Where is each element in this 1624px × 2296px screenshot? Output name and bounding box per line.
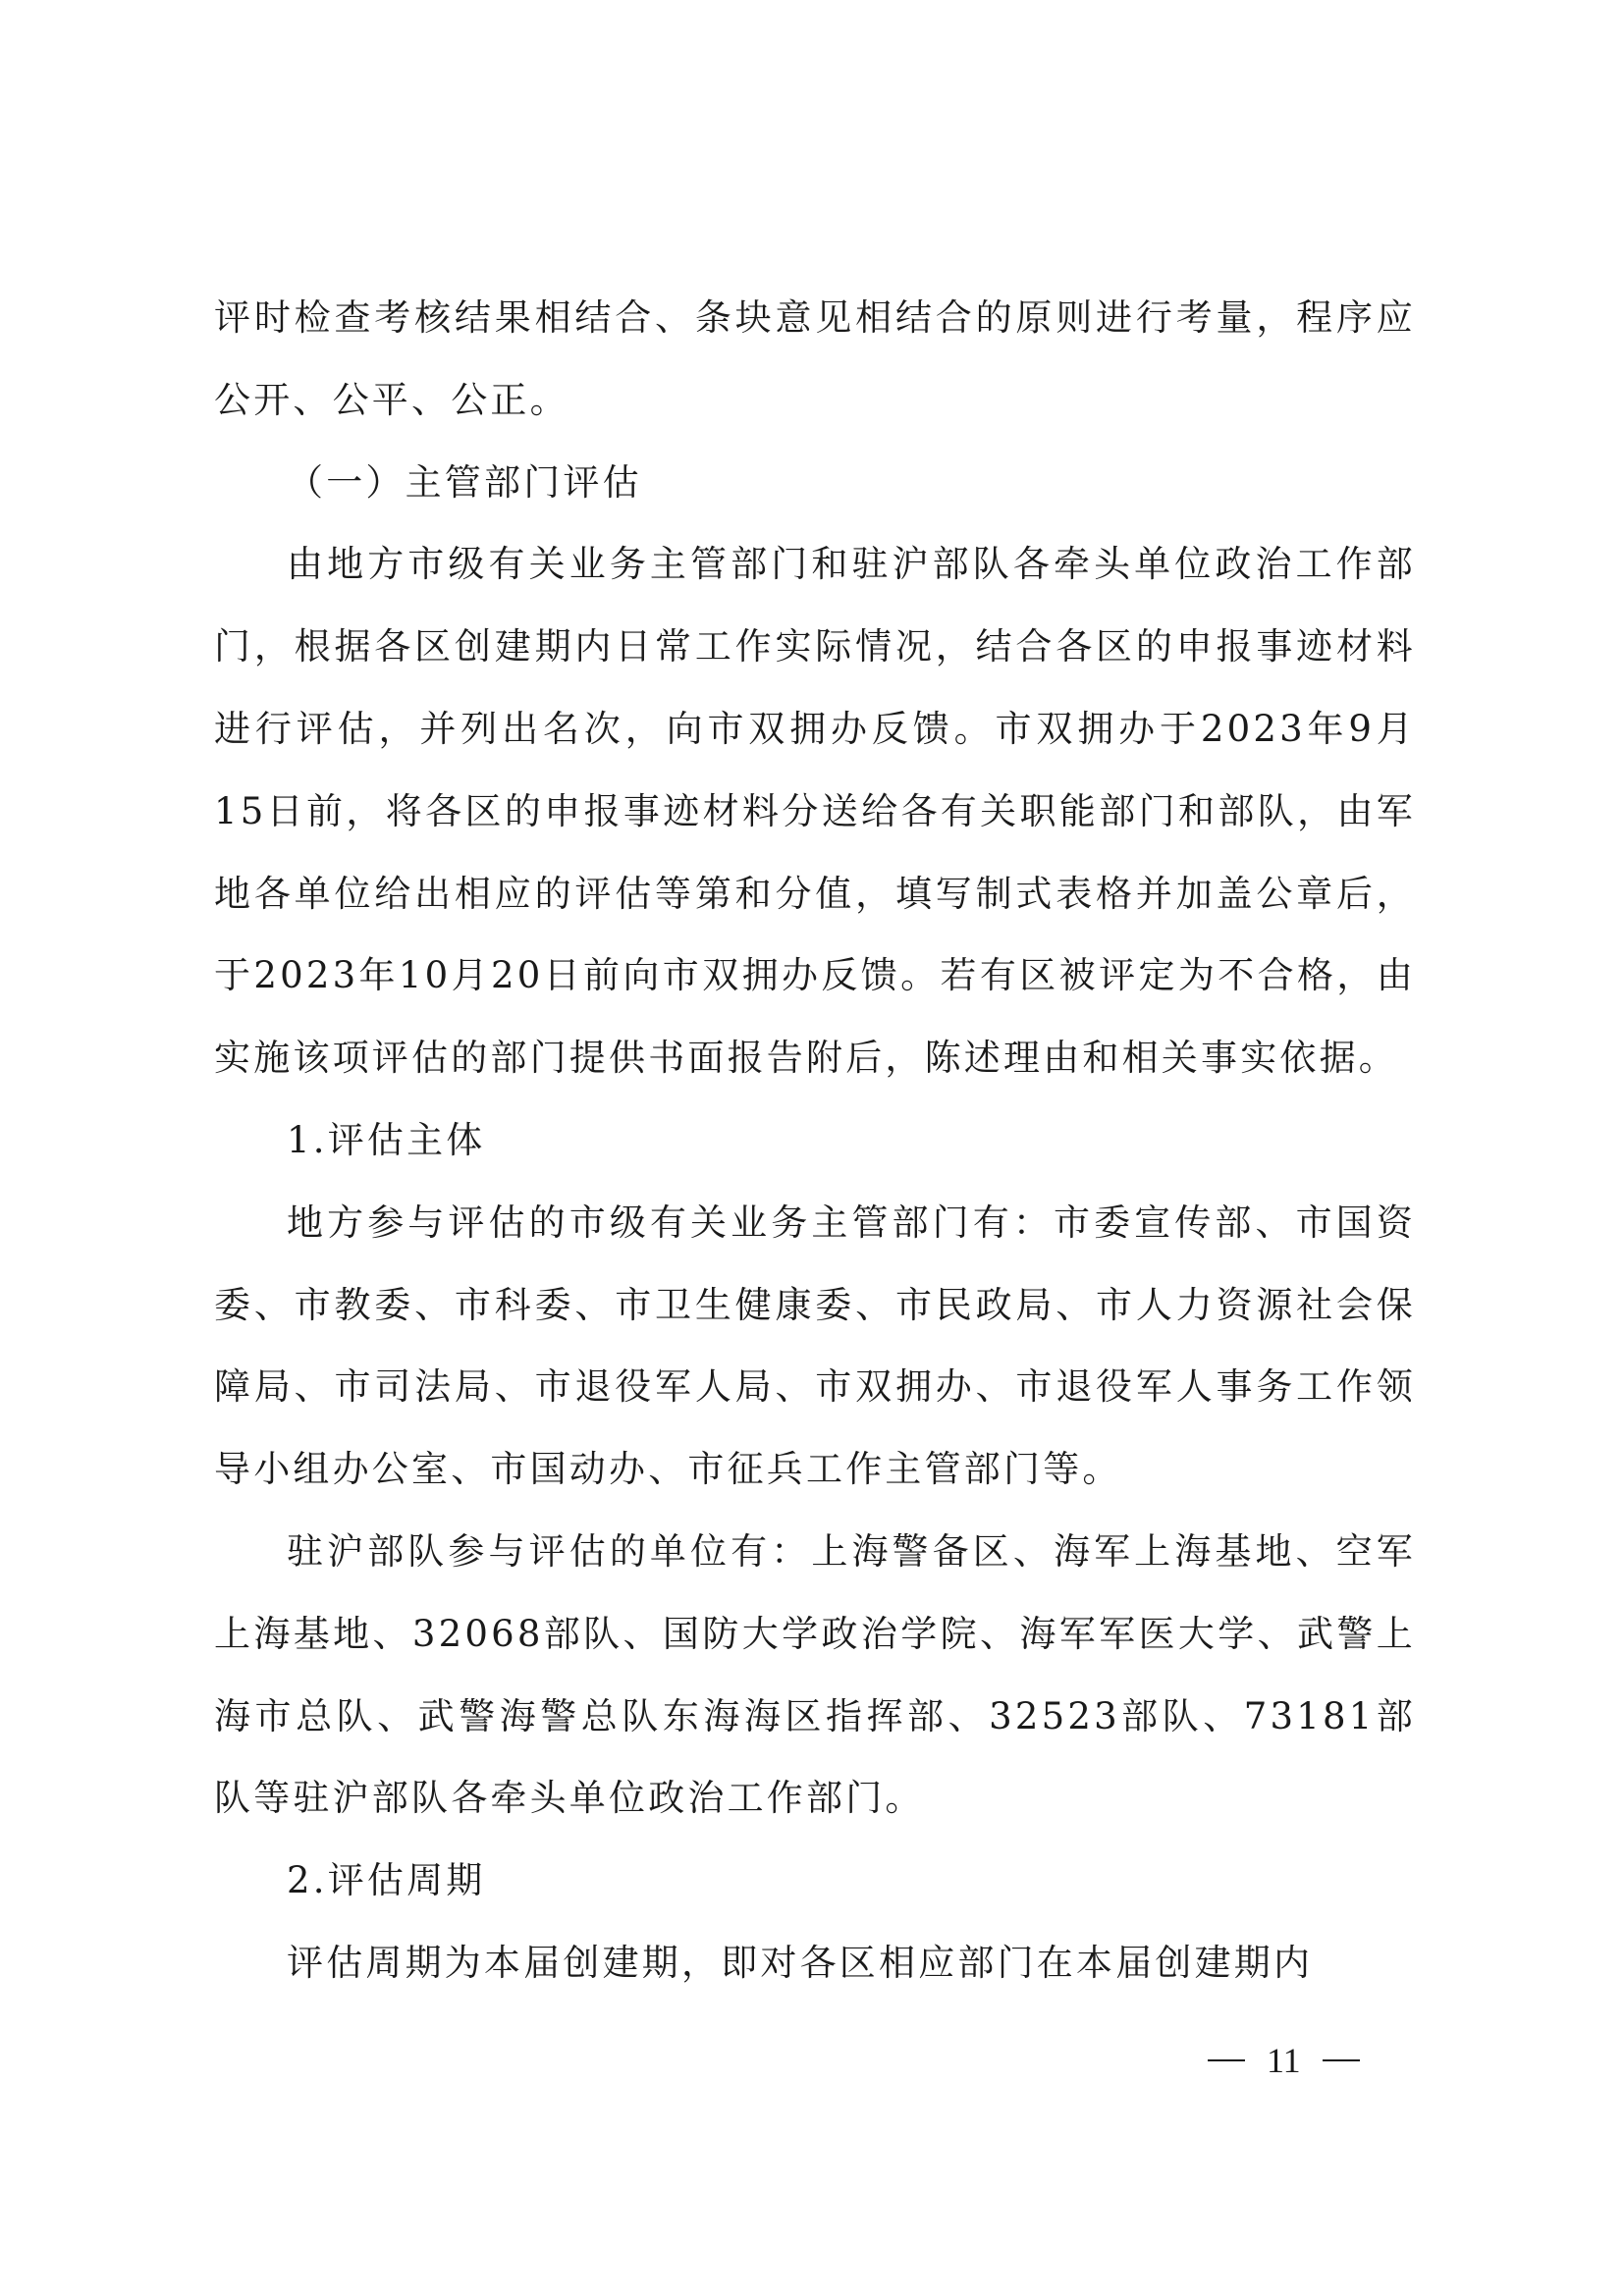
paragraph-evaluation-procedure: 由地方市级有关业务主管部门和驻沪部队各牵头单位政治工作部门，根据各区创建期内日常… <box>214 523 1416 1099</box>
document-page: 评时检查考核结果相结合、条块意见相结合的原则进行考量，程序应公开、公平、公正。 … <box>214 277 1416 2004</box>
page-number-dash-left <box>1208 2059 1245 2061</box>
page-number-value: 11 <box>1267 2040 1301 2081</box>
subheading-evaluation-subjects: 1.评估主体 <box>214 1099 1416 1182</box>
paragraph-evaluation-period: 评估周期为本届创建期，即对各区相应部门在本届创建期内 <box>214 1922 1416 2004</box>
subheading-evaluation-period: 2.评估周期 <box>214 1840 1416 1922</box>
page-number-dash-right <box>1323 2059 1360 2061</box>
paragraph-military-units: 驻沪部队参与评估的单位有：上海警备区、海军上海基地、空军上海基地、32068部队… <box>214 1511 1416 1840</box>
paragraph-local-departments: 地方参与评估的市级有关业务主管部门有：市委宣传部、市国资委、市教委、市科委、市卫… <box>214 1182 1416 1511</box>
page-number: 11 <box>1208 2040 1360 2081</box>
section-heading-department-evaluation: （一）主管部门评估 <box>214 442 1416 524</box>
paragraph-principles: 评时检查考核结果相结合、条块意见相结合的原则进行考量，程序应公开、公平、公正。 <box>214 277 1416 442</box>
